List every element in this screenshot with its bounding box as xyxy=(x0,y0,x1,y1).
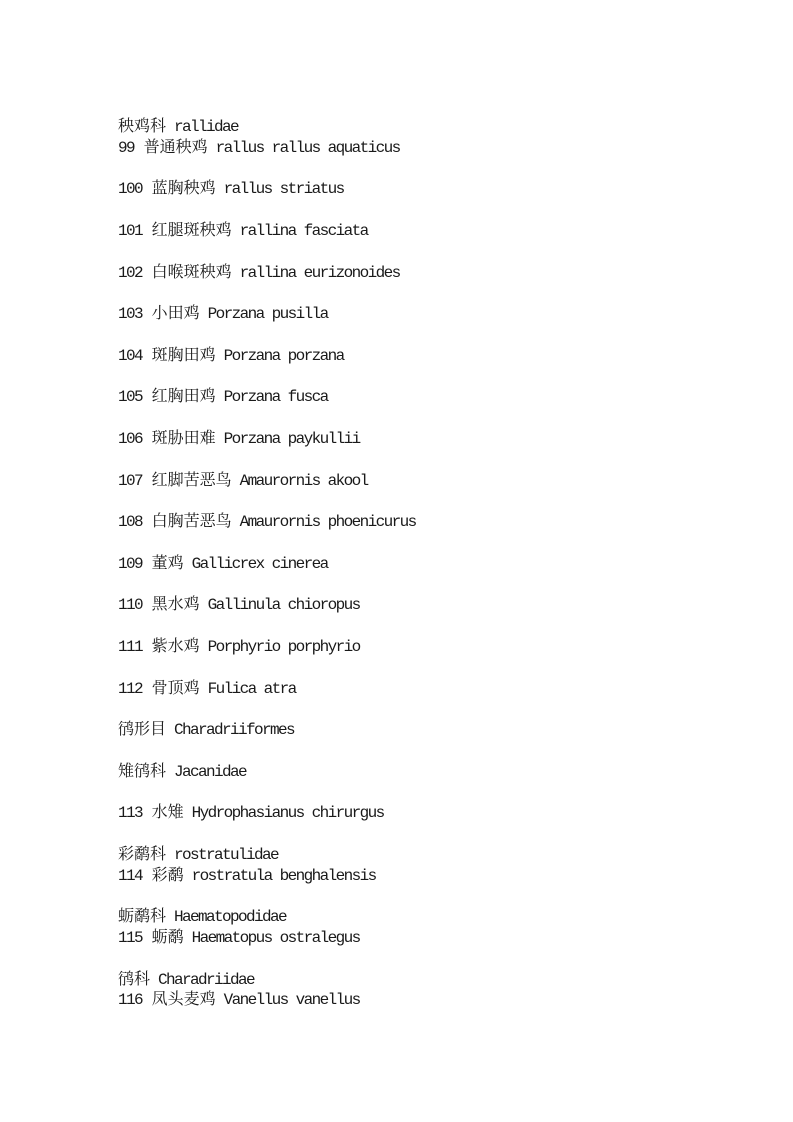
species-number: 109 xyxy=(118,555,142,573)
chinese-name: 普通秧鸡 xyxy=(144,139,208,157)
latin-name: Gallinula chioropus xyxy=(208,596,360,614)
chinese-name: 红脚苦恶鸟 xyxy=(152,472,232,490)
species-row: 107红脚苦恶鸟Amaurornis akool xyxy=(118,471,416,492)
chinese-name: 凤头麦鸡 xyxy=(152,991,216,1009)
chinese-name: 小田鸡 xyxy=(152,305,200,323)
chinese-name: 董鸡 xyxy=(152,555,184,573)
latin-name: rallina fasciata xyxy=(240,222,368,240)
chinese-name: 秧鸡科 xyxy=(118,118,166,136)
species-number: 108 xyxy=(118,513,142,531)
latin-name: rallidae xyxy=(174,118,238,136)
species-number: 116 xyxy=(118,991,142,1009)
chinese-name: 白喉斑秧鸡 xyxy=(152,264,232,282)
latin-name: Amaurornis akool xyxy=(240,472,368,490)
species-row: 100蓝胸秧鸡rallus striatus xyxy=(118,179,416,200)
chinese-name: 鸻形目 xyxy=(118,721,166,739)
species-number: 106 xyxy=(118,430,142,448)
species-number: 105 xyxy=(118,388,142,406)
chinese-name: 雉鸻科 xyxy=(118,763,166,781)
latin-name: Hydrophasianus chirurgus xyxy=(192,804,384,822)
species-row: 113水雉Hydrophasianus chirurgus xyxy=(118,803,416,824)
species-number: 103 xyxy=(118,305,142,323)
species-row: 114彩鹬rostratula benghalensis xyxy=(118,866,416,887)
latin-name: Charadriidae xyxy=(158,971,254,989)
chinese-name: 彩鹬科 xyxy=(118,846,166,864)
chinese-name: 红胸田鸡 xyxy=(152,388,216,406)
chinese-name: 白胸苦恶鸟 xyxy=(152,513,232,531)
latin-name: rostratula benghalensis xyxy=(192,867,376,885)
species-row: 111紫水鸡Porphyrio porphyrio xyxy=(118,637,416,658)
latin-name: Jacanidae xyxy=(174,763,246,781)
latin-name: rallus striatus xyxy=(224,180,344,198)
chinese-name: 骨顶鸡 xyxy=(152,680,200,698)
species-row: 108白胸苦恶鸟Amaurornis phoenicurus xyxy=(118,512,416,533)
family-heading: 秧鸡科rallidae xyxy=(118,117,416,138)
species-row: 110黑水鸡Gallinula chioropus xyxy=(118,595,416,616)
latin-name: Amaurornis phoenicurus xyxy=(240,513,416,531)
latin-name: Fulica atra xyxy=(208,680,296,698)
species-row: 115蛎鹬Haematopus ostralegus xyxy=(118,928,416,949)
latin-name: rallus rallus aquaticus xyxy=(216,139,400,157)
chinese-name: 鸻科 xyxy=(118,971,150,989)
latin-name: Haematopodidae xyxy=(174,908,286,926)
species-number: 102 xyxy=(118,264,142,282)
family-heading: 鸻科Charadriidae xyxy=(118,970,416,991)
species-row: 105红胸田鸡Porzana fusca xyxy=(118,387,416,408)
species-row: 102白喉斑秧鸡rallina eurizonoides xyxy=(118,263,416,284)
species-row: 112骨顶鸡Fulica atra xyxy=(118,679,416,700)
chinese-name: 红腿斑秧鸡 xyxy=(152,222,232,240)
family-heading: 雉鸻科Jacanidae xyxy=(118,762,416,783)
species-row: 109董鸡Gallicrex cinerea xyxy=(118,554,416,575)
chinese-name: 水雉 xyxy=(152,804,184,822)
species-number: 111 xyxy=(118,638,142,656)
order-heading: 鸻形目Charadriiformes xyxy=(118,720,416,741)
chinese-name: 斑胁田难 xyxy=(152,430,216,448)
chinese-name: 蛎鹬 xyxy=(152,929,184,947)
family-heading: 蛎鹬科Haematopodidae xyxy=(118,907,416,928)
document-page: 秧鸡科rallidae 99普通秧鸡rallus rallus aquaticu… xyxy=(0,0,793,1122)
species-number: 110 xyxy=(118,596,142,614)
species-number: 99 xyxy=(118,139,134,157)
species-number: 113 xyxy=(118,804,142,822)
bird-species-list: 秧鸡科rallidae 99普通秧鸡rallus rallus aquaticu… xyxy=(118,117,416,1011)
species-number: 115 xyxy=(118,929,142,947)
species-row: 106斑胁田难Porzana paykullii xyxy=(118,429,416,450)
species-row: 99普通秧鸡rallus rallus aquaticus xyxy=(118,138,416,159)
chinese-name: 黑水鸡 xyxy=(152,596,200,614)
species-row: 101红腿斑秧鸡rallina fasciata xyxy=(118,221,416,242)
species-row: 103小田鸡Porzana pusilla xyxy=(118,304,416,325)
latin-name: Gallicrex cinerea xyxy=(192,555,328,573)
latin-name: Porzana porzana xyxy=(224,347,344,365)
chinese-name: 斑胸田鸡 xyxy=(152,347,216,365)
species-number: 104 xyxy=(118,347,142,365)
latin-name: Porphyrio porphyrio xyxy=(208,638,360,656)
latin-name: rostratulidae xyxy=(174,846,278,864)
species-number: 114 xyxy=(118,867,142,885)
species-number: 112 xyxy=(118,680,142,698)
latin-name: rallina eurizonoides xyxy=(240,264,400,282)
latin-name: Porzana pusilla xyxy=(208,305,328,323)
latin-name: Charadriiformes xyxy=(174,721,294,739)
chinese-name: 彩鹬 xyxy=(152,867,184,885)
species-number: 107 xyxy=(118,472,142,490)
latin-name: Vanellus vanellus xyxy=(224,991,360,1009)
species-number: 100 xyxy=(118,180,142,198)
family-heading: 彩鹬科rostratulidae xyxy=(118,845,416,866)
latin-name: Porzana fusca xyxy=(224,388,328,406)
chinese-name: 蛎鹬科 xyxy=(118,908,166,926)
species-number: 101 xyxy=(118,222,142,240)
chinese-name: 蓝胸秧鸡 xyxy=(152,180,216,198)
chinese-name: 紫水鸡 xyxy=(152,638,200,656)
species-row: 116凤头麦鸡Vanellus vanellus xyxy=(118,990,416,1011)
latin-name: Haematopus ostralegus xyxy=(192,929,360,947)
latin-name: Porzana paykullii xyxy=(224,430,360,448)
species-row: 104斑胸田鸡Porzana porzana xyxy=(118,346,416,367)
